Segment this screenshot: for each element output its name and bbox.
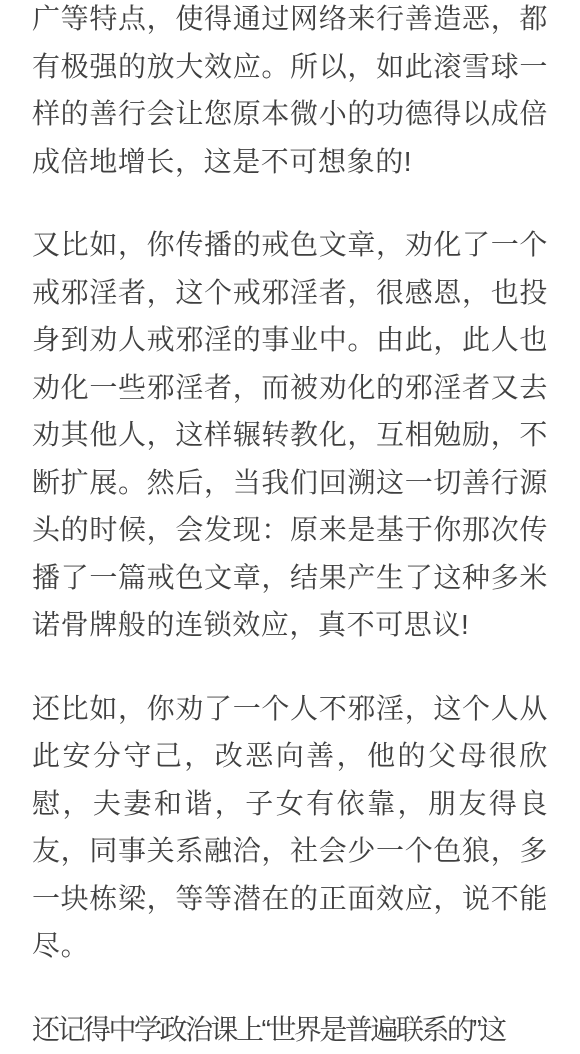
article-page: 广等特点，使得通过网络来行善造恶，都有极强的放大效应。所以，如此滚雪球一样的善行… bbox=[0, 0, 580, 1054]
article-paragraph: 广等特点，使得通过网络来行善造恶，都有极强的放大效应。所以，如此滚雪球一样的善行… bbox=[32, 0, 548, 185]
article-paragraph: 又比如，你传播的戒色文章，劝化了一个戒邪淫者，这个戒邪淫者，很感恩，也投身到劝人… bbox=[32, 221, 548, 649]
article-paragraph: 还比如，你劝了一个人不邪淫，这个人从此安分守己，改恶向善，他的父母很欣慰，夫妻和… bbox=[32, 685, 548, 970]
article-body: 广等特点，使得通过网络来行善造恶，都有极强的放大效应。所以，如此滚雪球一样的善行… bbox=[0, 0, 580, 1053]
article-paragraph-cutoff: 还记得中学政治课上“世界是普遍联系的”这 bbox=[32, 1006, 548, 1054]
